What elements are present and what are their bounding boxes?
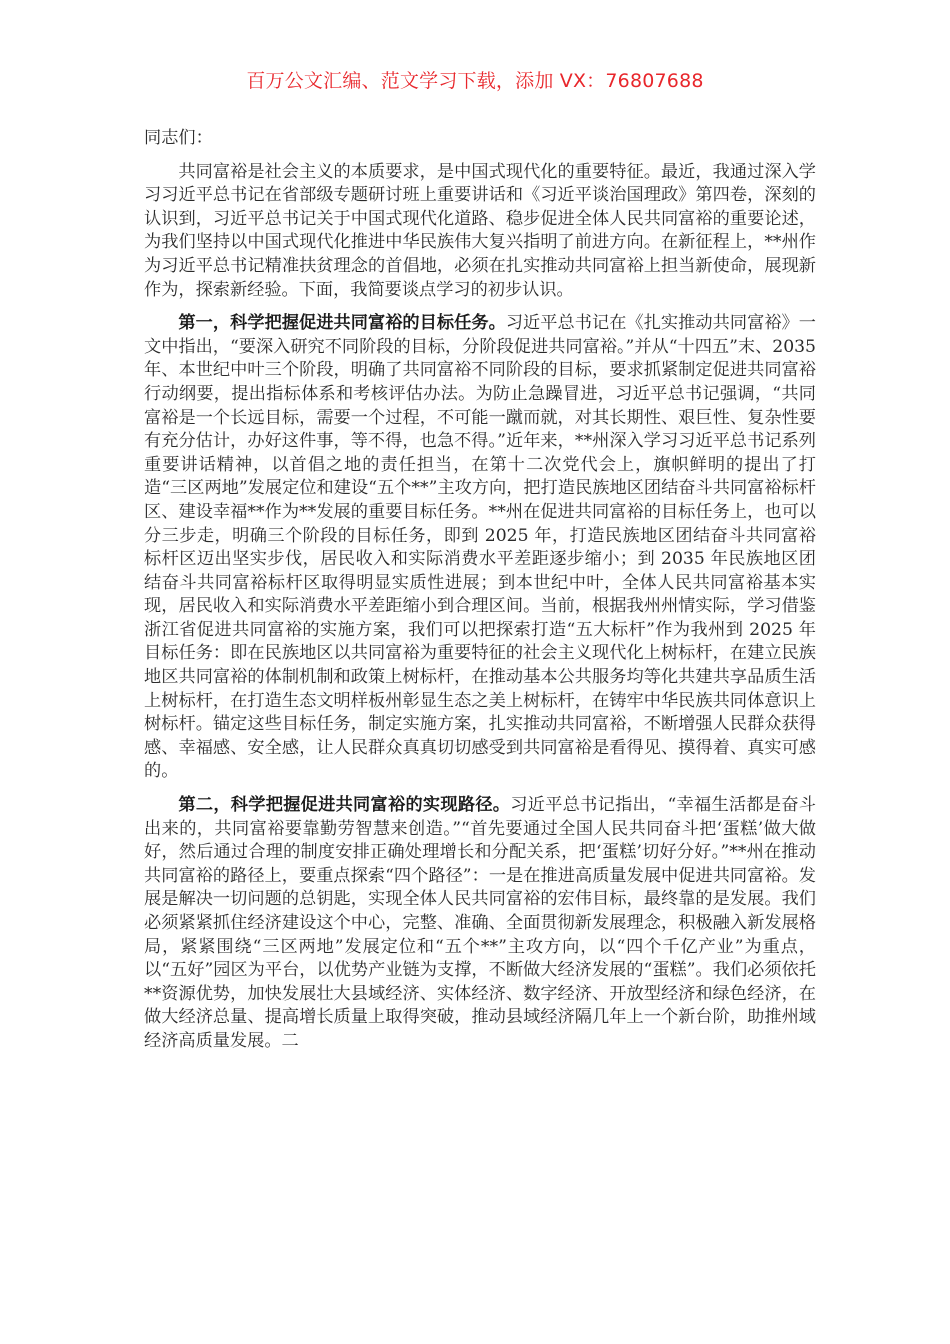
paragraph-text: 习近平总书记在《扎实推动共同富裕》一文中指出，“要深入研究不同阶段的目标，分阶段… bbox=[144, 313, 816, 781]
paragraph-text: 习近平总书记指出，“幸福生活都是奋斗出来的，共同富裕要靠勤劳智慧来创造。”“首先… bbox=[144, 795, 816, 1051]
paragraph-second-point: 第二，科学把握促进共同富裕的实现路径。习近平总书记指出，“幸福生活都是奋斗出来的… bbox=[144, 794, 816, 1054]
paragraph-heading: 第一，科学把握促进共同富裕的目标任务。 bbox=[178, 313, 505, 333]
paragraph-intro: 共同富裕是社会主义的本质要求，是中国式现代化的重要特征。最近，我通过深入学习习近… bbox=[144, 161, 816, 303]
paragraph-first-point: 第一，科学把握促进共同富裕的目标任务。习近平总书记在《扎实推动共同富裕》一文中指… bbox=[144, 312, 816, 784]
paragraph-heading: 第二，科学把握促进共同富裕的实现路径。 bbox=[178, 795, 510, 815]
watermark-banner: 百万公文汇编、范文学习下载，添加 VX：76807688 bbox=[0, 66, 950, 93]
salutation: 同志们： bbox=[144, 127, 816, 151]
paragraph-text: 共同富裕是社会主义的本质要求，是中国式现代化的重要特征。最近，我通过深入学习习近… bbox=[144, 162, 816, 300]
document-page: 百万公文汇编、范文学习下载，添加 VX：76807688 同志们： 共同富裕是社… bbox=[0, 0, 950, 1344]
document-body: 同志们： 共同富裕是社会主义的本质要求，是中国式现代化的重要特征。最近，我通过深… bbox=[144, 127, 816, 1064]
